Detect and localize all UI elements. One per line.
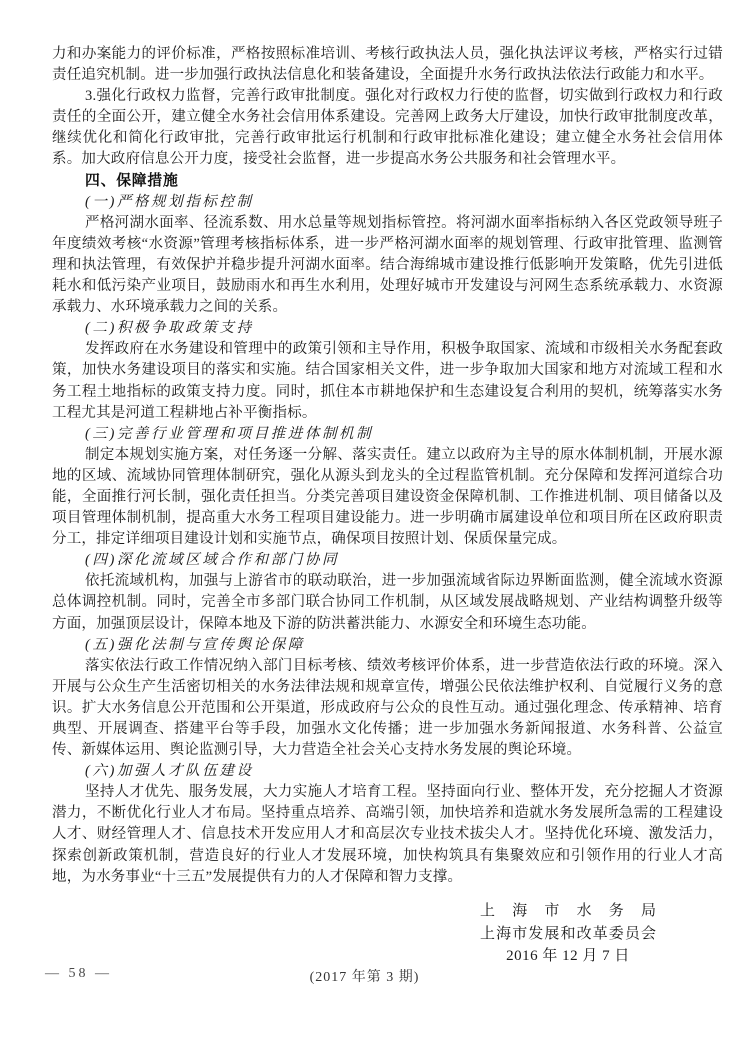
subsection-body-5: 落实依法行政工作情况纳入部门目标考核、绩效考核评价体系，进一步营造依法行政的环境… [52, 656, 723, 761]
body-paragraph-item-3: 3.强化行政权力监督，完善行政审批制度。强化对行政权力行使的监督，切实做到行政权… [52, 86, 723, 170]
subsection-body-3: 制定本规划实施方案，对任务逐一分解、落实责任。建立以政府为主导的原水体制机制，开… [52, 445, 723, 550]
subsection-title-3: (三)完善行业管理和项目推进体制机制 [52, 424, 723, 445]
subsection-title-1: (一)严格规划指标控制 [52, 192, 723, 213]
signature-date: 2016 年 12 月 7 日 [480, 945, 656, 968]
signature-org-secondary: 上海市发展和改革委员会 [480, 923, 656, 946]
footer-issue-label: (2017 年第 3 期) [0, 966, 729, 986]
subsection-body-1: 严格河湖水面率、径流系数、用水总量等规划指标管控。将河湖水面率指标纳入各区党政领… [52, 213, 723, 318]
subsection-title-4: (四)深化流域区域合作和部门协同 [52, 550, 723, 571]
signature-block: 上海市水务局 上海市发展和改革委员会 2016 年 12 月 7 日 [480, 900, 656, 968]
document-body: 力和办案能力的评价标准，严格按照标准培训、考核行政执法人员，强化执法评议考核，严… [52, 44, 723, 888]
subsection-body-6: 坚持人才优先、服务发展，大力实施人才培育工程。坚持面向行业、整体开发，充分挖掘人… [52, 782, 723, 887]
subsection-title-2: (二)积极争取政策支持 [52, 318, 723, 339]
body-paragraph-continuation: 力和办案能力的评价标准，严格按照标准培训、考核行政执法人员，强化执法评议考核，严… [52, 44, 723, 86]
subsection-body-2: 发挥政府在水务建设和管理中的政策引领和主导作用，积极争取国家、流域和市级相关水务… [52, 339, 723, 423]
subsection-title-5: (五)强化法制与宣传舆论保障 [52, 635, 723, 656]
document-page: 力和办案能力的评价标准，严格按照标准培训、考核行政执法人员，强化执法评议考核，严… [0, 0, 729, 1048]
subsection-title-6: (六)加强人才队伍建设 [52, 761, 723, 782]
subsection-body-4: 依托流域机构，加强与上游省市的联动联治，进一步加强流域省际边界断面监测，健全流域… [52, 571, 723, 634]
signature-org-primary: 上海市水务局 [480, 900, 656, 923]
section-heading: 四、保障措施 [52, 171, 723, 192]
